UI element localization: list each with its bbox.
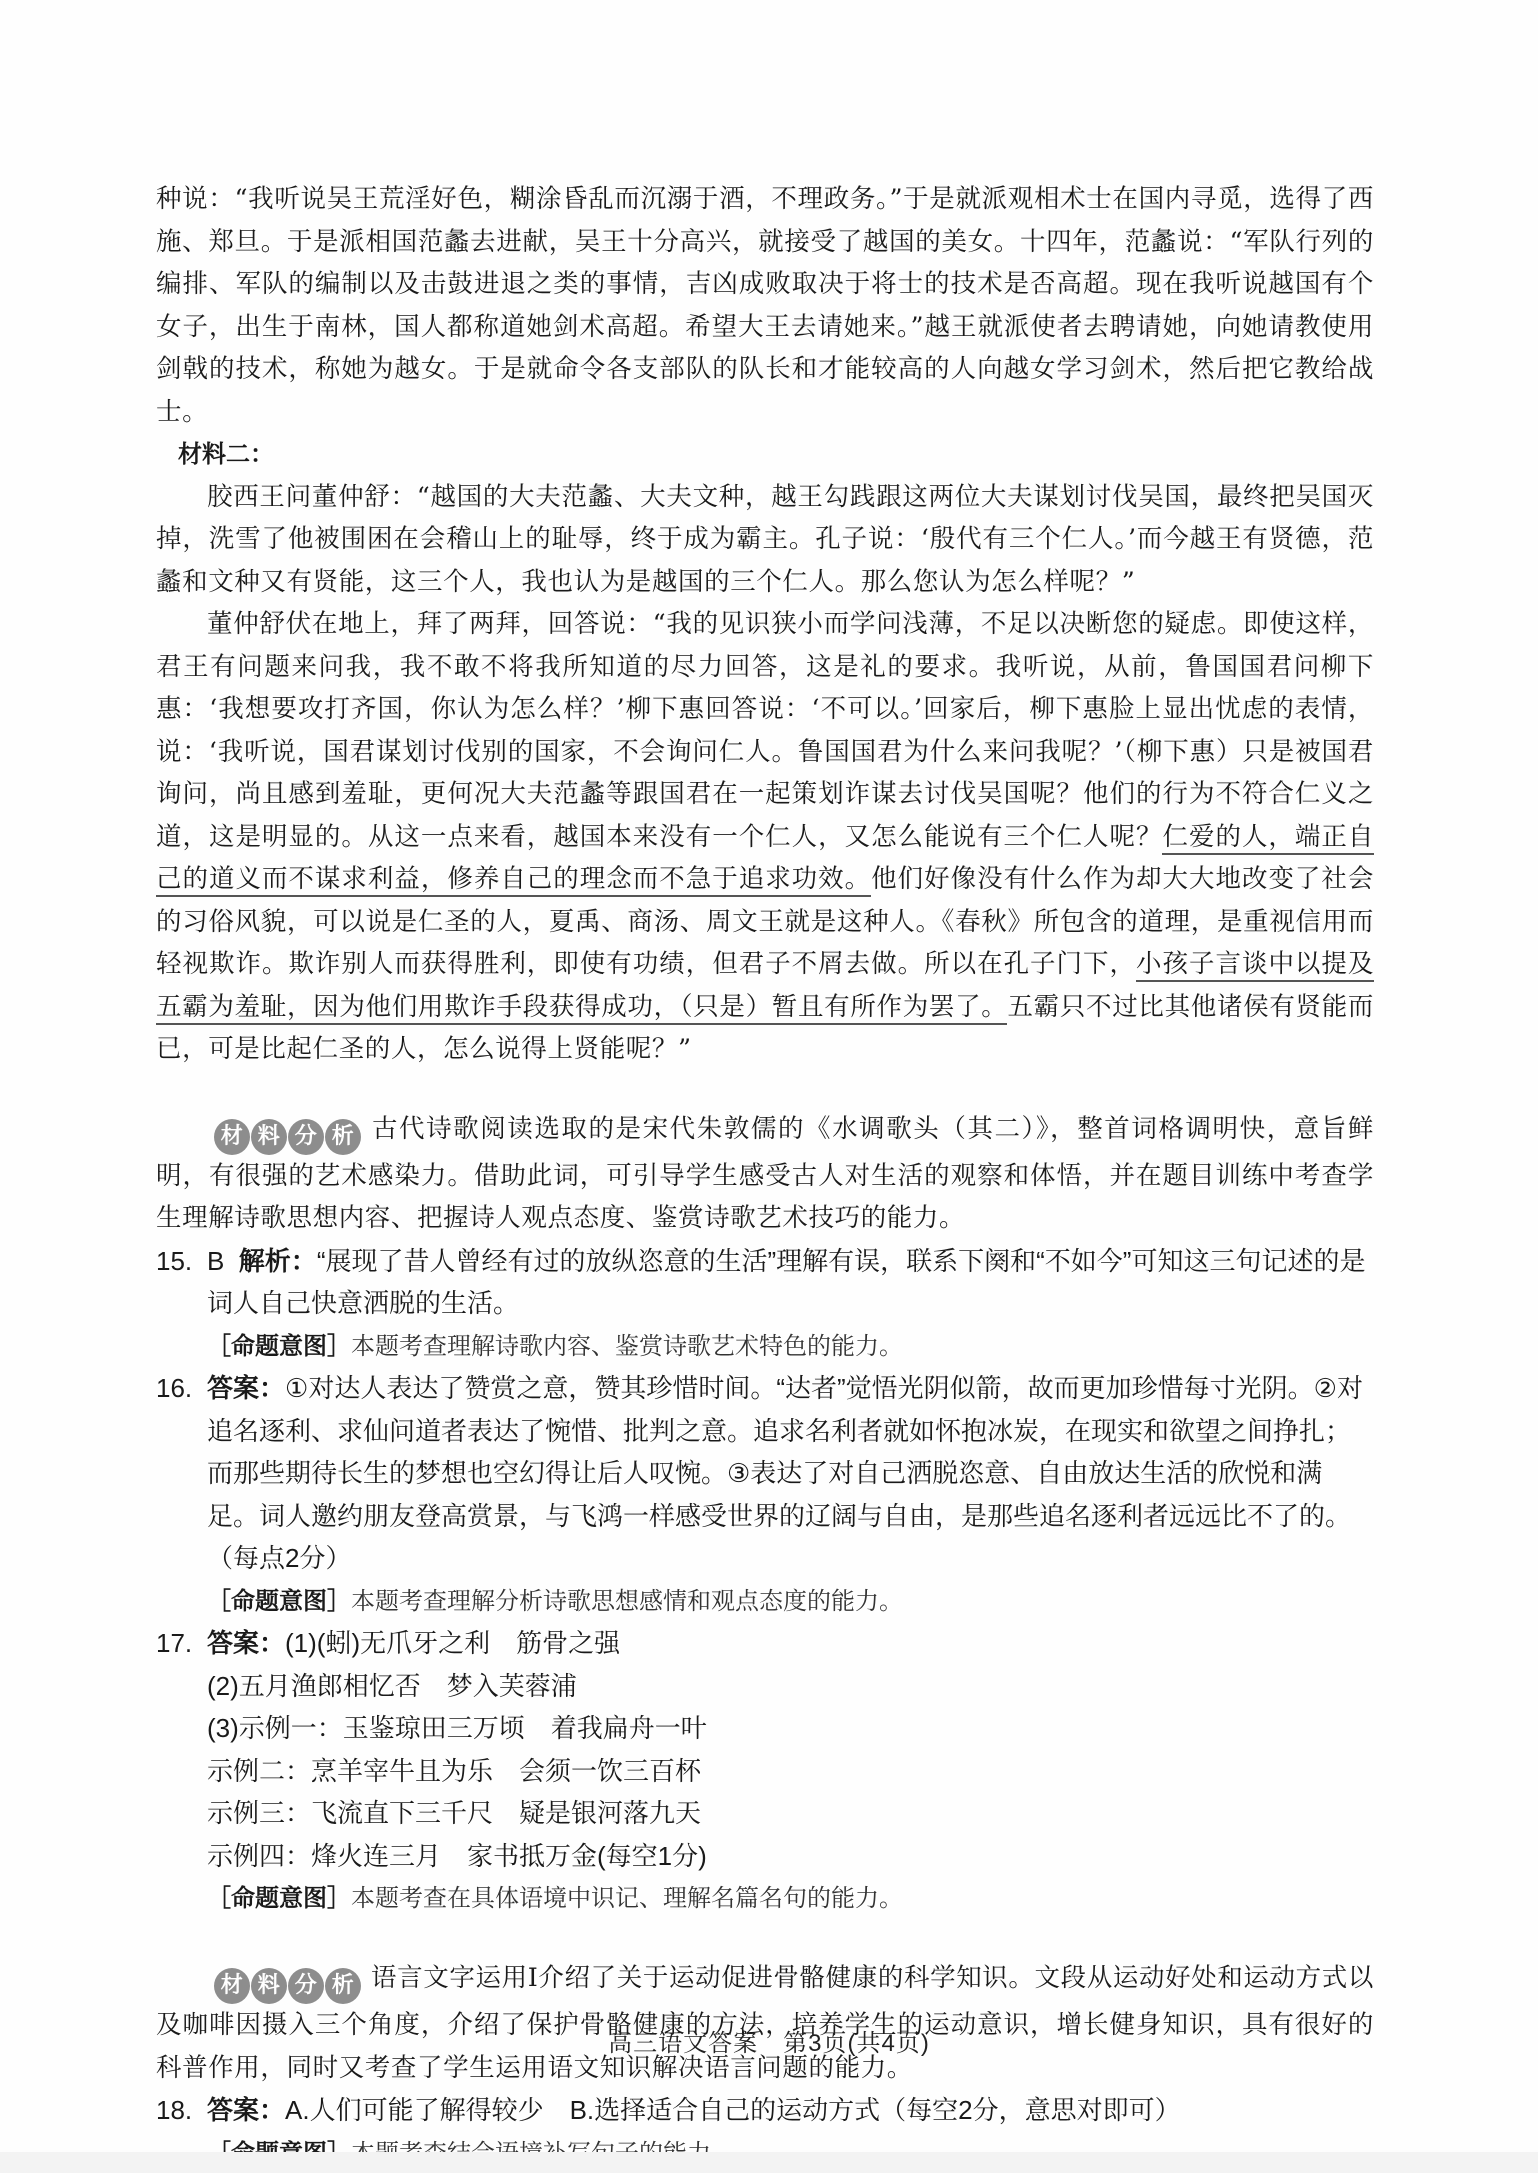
material-analysis-badge: 材料分析 bbox=[214, 1968, 361, 2004]
badge-char: 料 bbox=[251, 1119, 287, 1155]
spacer bbox=[156, 1920, 1374, 1957]
answer-line-a: (3)示例一：玉鉴琼田三万顷 bbox=[207, 1713, 525, 1743]
material2-paragraph-2: 董仲舒伏在地上，拜了两拜，回答说：“我的见识狭小而学问浅薄，不足以决断您的疑虑。… bbox=[156, 603, 1374, 1071]
page-footer: 高三语文答案 第3页(共4页) bbox=[0, 2023, 1538, 2058]
answer-line-b: 筋骨之强 bbox=[516, 1628, 620, 1658]
intent-text: 本题考查理解诗歌内容、鉴赏诗歌艺术特色的能力。 bbox=[351, 1332, 903, 1360]
badge-char: 材 bbox=[214, 1968, 250, 2004]
explanation-text: “展现了昔人曾经有过的放纵恣意的生活”理解有误，联系下阕和“不如今”可知这三句记… bbox=[207, 1246, 1365, 1319]
answer-text: ①对达人表达了赞赏之意，赞其珍惜时间。“达者”觉悟光阴似箭，故而更加珍惜每寸光阴… bbox=[207, 1373, 1363, 1573]
answer-label: 答案： bbox=[207, 2095, 285, 2125]
answer-label: 答案： bbox=[207, 1373, 285, 1403]
answer-line-b: 会须一饮三百杯 bbox=[519, 1756, 701, 1786]
question-15-intent: ［命题意图］本题考查理解诗歌内容、鉴赏诗歌艺术特色的能力。 bbox=[156, 1325, 1374, 1368]
intent-tag: ［命题意图］ bbox=[207, 1884, 351, 1912]
badge-char: 分 bbox=[288, 1119, 324, 1155]
badge-char: 析 bbox=[325, 1968, 361, 2004]
document-page: 种说：“我听说吴王荒淫好色，糊涂昏乱而沉溺于酒，不理政务。”于是就派观相术士在国… bbox=[0, 0, 1538, 2150]
answer-line: (2)五月渔郎相忆否梦入芙蓉浦 bbox=[156, 1665, 1374, 1708]
answer-line: 示例四：烽火连三月家书抵万金(每空1分) bbox=[156, 1835, 1374, 1878]
badge-char: 材 bbox=[214, 1119, 250, 1155]
intent-tag: ［命题意图］ bbox=[207, 1587, 351, 1615]
question-number: 18. bbox=[156, 2089, 207, 2132]
answer-line: 示例三：飞流直下三千尺疑是银河落九天 bbox=[156, 1792, 1374, 1835]
answer-b: B.选择适合自己的运动方式（每空2分，意思对即可） bbox=[570, 2095, 1181, 2125]
question-number: 17. bbox=[156, 1622, 207, 1665]
badge-char: 析 bbox=[325, 1119, 361, 1155]
question-18: 18.答案：A.人们可能了解得较少B.选择适合自己的运动方式（每空2分，意思对即… bbox=[156, 2089, 1374, 2132]
material-analysis-1: 材料分析古代诗歌阅读选取的是宋代朱敦儒的《水调歌头（其二）》，整首词格调明快，意… bbox=[156, 1108, 1374, 1240]
intent-text: 本题考查在具体语境中识记、理解名篇名句的能力。 bbox=[351, 1884, 903, 1912]
material1-paragraph: 种说：“我听说吴王荒淫好色，糊涂昏乱而沉溺于酒，不理政务。”于是就派观相术士在国… bbox=[156, 178, 1374, 433]
question-number: 16. bbox=[156, 1367, 207, 1410]
answer-line: (3)示例一：玉鉴琼田三万顷着我扁舟一叶 bbox=[156, 1707, 1374, 1750]
answer-line-b: 疑是银河落九天 bbox=[519, 1798, 701, 1828]
intent-text: 本题考查理解分析诗歌思想感情和观点态度的能力。 bbox=[351, 1587, 903, 1615]
answer-line-a: 示例四：烽火连三月 bbox=[207, 1841, 441, 1871]
answer-line: 示例二：烹羊宰牛且为乐会须一饮三百杯 bbox=[156, 1750, 1374, 1793]
question-16: 16.答案：①对达人表达了赞赏之意，赞其珍惜时间。“达者”觉悟光阴似箭，故而更加… bbox=[156, 1367, 1374, 1580]
spacer bbox=[156, 1071, 1374, 1108]
badge-char: 分 bbox=[288, 1968, 324, 2004]
question-15: 15. B 解析：“展现了昔人曾经有过的放纵恣意的生活”理解有误，联系下阕和“不… bbox=[156, 1240, 1374, 1325]
material2-heading: 材料二： bbox=[156, 433, 1374, 476]
material2-paragraph-1: 胶西王问董仲舒：“越国的大夫范蠡、大夫文种，越王勾践跟这两位大夫谋划讨伐吴国，最… bbox=[156, 476, 1374, 604]
answer-line-b: 梦入芙蓉浦 bbox=[447, 1671, 577, 1701]
intent-tag: ［命题意图］ bbox=[207, 1332, 351, 1360]
answer-line-a: 示例二：烹羊宰牛且为乐 bbox=[207, 1756, 493, 1786]
text-segment: 董仲舒伏在地上，拜了两拜，回答说：“我的见识狭小而学问浅薄，不足以决断您的疑虑。… bbox=[156, 609, 1374, 852]
answer-letter: B bbox=[207, 1246, 224, 1276]
page-edge bbox=[0, 2152, 1538, 2173]
answer-label: 答案： bbox=[207, 1628, 285, 1658]
question-16-intent: ［命题意图］本题考查理解分析诗歌思想感情和观点态度的能力。 bbox=[156, 1580, 1374, 1623]
page-content: 种说：“我听说吴王荒淫好色，糊涂昏乱而沉溺于酒，不理政务。”于是就派观相术士在国… bbox=[156, 178, 1374, 2173]
badge-char: 料 bbox=[251, 1968, 287, 2004]
question-17-intent: ［命题意图］本题考查在具体语境中识记、理解名篇名句的能力。 bbox=[156, 1877, 1374, 1920]
explanation-label: 解析： bbox=[239, 1246, 317, 1276]
answer-line-a: 示例三：飞流直下三千尺 bbox=[207, 1798, 493, 1828]
answer-line-b: 家书抵万金(每空1分) bbox=[467, 1841, 707, 1871]
answer-line-b: 着我扁舟一叶 bbox=[551, 1713, 707, 1743]
answer-line-a: (2)五月渔郎相忆否 bbox=[207, 1671, 421, 1701]
material-analysis-badge: 材料分析 bbox=[214, 1119, 361, 1155]
question-17: 17.答案：(1)(蚓)无爪牙之利筋骨之强 (2)五月渔郎相忆否梦入芙蓉浦 (3… bbox=[156, 1622, 1374, 1877]
answer-a: A.人们可能了解得较少 bbox=[285, 2095, 544, 2125]
answer-line-a: (1)(蚓)无爪牙之利 bbox=[285, 1628, 490, 1658]
